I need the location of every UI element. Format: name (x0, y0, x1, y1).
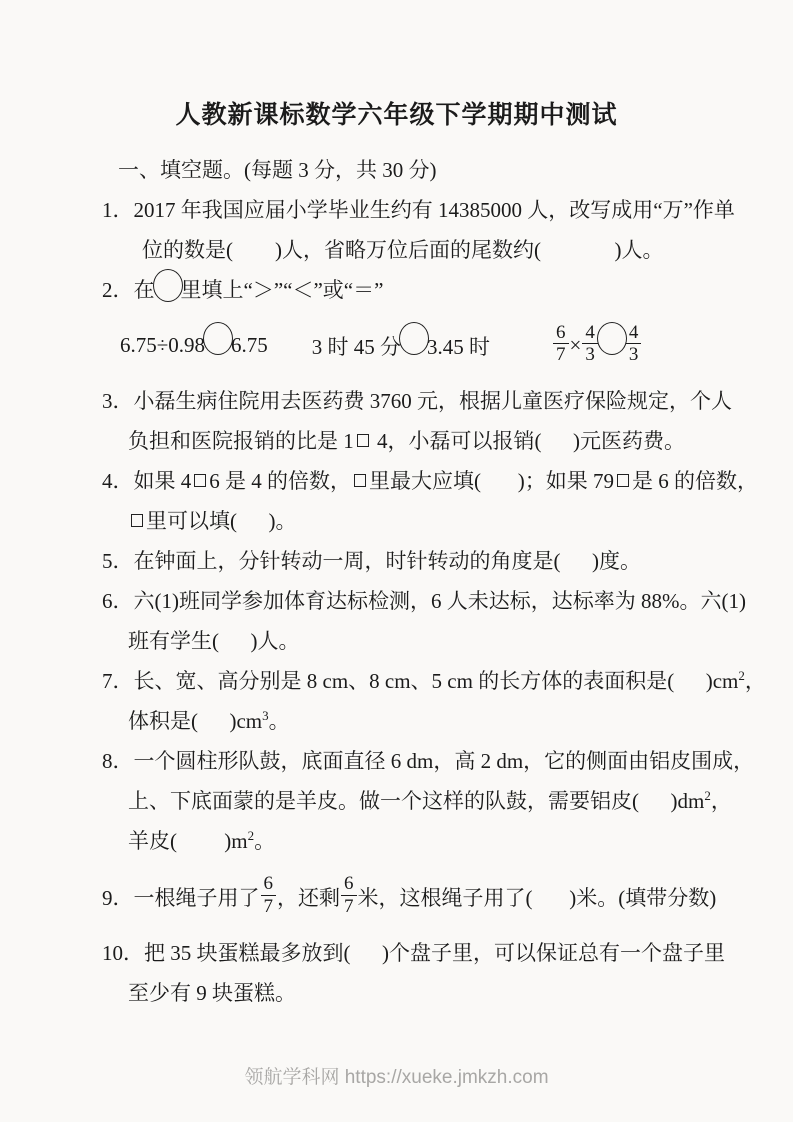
text-segment: 6.75 (231, 333, 268, 358)
section-heading: 一、填空题。(每题 3 分，共 30 分) (118, 150, 793, 190)
question-number: 4． (102, 461, 134, 501)
text-segment: 羊皮( )m (128, 829, 248, 853)
question-line: 4．如果 46 是 4 的倍数，里最大应填( )；如果 79是 6 的倍数， (102, 461, 793, 501)
question-number: 9． (102, 882, 134, 912)
question-continuation-line: 里可以填( )。 (128, 501, 793, 541)
watermark-footer: 领航学科网 https://xueke.jmkzh.com (0, 1062, 793, 1089)
fraction-numerator: 4 (582, 322, 598, 344)
question-continuation-line: 班有学生( )人。 (128, 621, 793, 661)
question-line: 6．六(1)班同学参加体育达标检测，6 人未达标，达标率为 88%。六(1) (102, 581, 793, 621)
fraction-denominator: 7 (261, 896, 277, 917)
text-segment: 班有学生( )人。 (128, 629, 300, 653)
text-segment: 里最大应填( )；如果 79 (369, 469, 614, 493)
text-segment: 小磊生病住院用去医药费 3760 元，根据儿童医疗保险规定，个人 (134, 389, 733, 413)
test-paper-page: 人教新课标数学六年级下学期期中测试 一、填空题。(每题 3 分，共 30 分) … (0, 0, 793, 1122)
fraction: 67 (553, 322, 569, 366)
text-segment: 3.45 时 (427, 331, 490, 361)
text-segment: 一个圆柱形队鼓，底面直径 6 dm，高 2 dm，它的侧面由铝皮围成， (134, 749, 755, 773)
text-segment: 6.75÷0.98 (120, 333, 205, 358)
question-number: 5． (102, 541, 134, 581)
text-segment: 六(1)班同学参加体育达标检测，6 人未达标，达标率为 88%。六(1) (134, 589, 746, 613)
fraction: 43 (626, 322, 642, 366)
question-number: 6． (102, 581, 134, 621)
comparison-circle (399, 322, 429, 355)
text-segment: 在钟面上，分针转动一周，时针转动的角度是( )度。 (134, 549, 641, 573)
question-line: 9．一根绳子用了67，还剩67米，这根绳子用了( )米。(填带分数) (102, 861, 793, 933)
fraction-denominator: 3 (582, 344, 598, 365)
question-continuation-line: 上、下底面蒙的是羊皮。做一个这样的队鼓，需要铝皮( )dm2， (128, 781, 793, 821)
text-segment: 是 6 的倍数， (632, 469, 758, 493)
comparison-circle (153, 269, 183, 302)
fraction-numerator: 6 (341, 873, 357, 895)
text-segment: ， (711, 789, 732, 813)
question-line: 5．在钟面上，分针转动一周，时针转动的角度是( )度。 (102, 541, 793, 581)
text-segment: 3 时 45 分 (312, 331, 401, 361)
text-segment: 。 (254, 829, 275, 853)
fraction: 43 (582, 322, 598, 366)
text-segment: 至少有 9 块蛋糕。 (128, 981, 296, 1005)
page-title: 人教新课标数学六年级下学期期中测试 (0, 0, 793, 133)
question-line: 2．在里填上“＞”“＜”或“＝” (102, 270, 793, 310)
text-segment: 米，这根绳子用了( )米。(填带分数) (358, 882, 717, 912)
text-segment: 在 (134, 278, 155, 302)
text-segment: 。 (269, 709, 290, 733)
blank-box (131, 514, 143, 527)
questions: 1．2017 年我国应届小学毕业生约有 14385000 人，改写成用“万”作单… (0, 190, 793, 1013)
fraction-numerator: 6 (553, 322, 569, 344)
blank-box (194, 474, 206, 487)
text-segment: 负担和医院报销的比是 1 (128, 429, 354, 453)
fraction: 67 (341, 873, 357, 917)
text-segment: 如果 4 (134, 469, 192, 493)
question-continuation-line: 羊皮( )m2。 (128, 821, 793, 861)
question-number: 8． (102, 741, 134, 781)
text-segment: 4，小磊可以报销( )元医药费。 (372, 429, 685, 453)
text-segment: 里填上“＞”“＜”或“＝” (181, 278, 384, 302)
text-segment: 6 是 4 的倍数， (209, 469, 351, 493)
question-continuation-line: 至少有 9 块蛋糕。 (128, 973, 793, 1013)
fraction-denominator: 7 (553, 344, 569, 365)
text-segment: 2017 年我国应届小学毕业生约有 14385000 人，改写成用“万”作单 (134, 198, 735, 222)
question-line: 3．小磊生病住院用去医药费 3760 元，根据儿童医疗保险规定，个人 (102, 381, 793, 421)
comparison-circle (597, 322, 627, 355)
question-line: 1．2017 年我国应届小学毕业生约有 14385000 人，改写成用“万”作单 (102, 190, 793, 230)
fraction-numerator: 4 (626, 322, 642, 344)
question-continuation-line: 体积是( )cm3。 (128, 701, 793, 741)
text-segment: 里可以填( )。 (146, 509, 297, 533)
text-segment: 长、宽、高分别是 8 cm、8 cm、5 cm 的长方体的表面积是( )cm (134, 669, 739, 693)
question-number: 2． (102, 270, 134, 310)
question-number: 7． (102, 661, 134, 701)
fraction-numerator: 6 (261, 873, 277, 895)
fraction: 67 (261, 873, 277, 917)
text-segment: 位的数是( )人，省略万位后面的尾数约( )人。 (142, 238, 663, 262)
question-continuation-line: 位的数是( )人，省略万位后面的尾数约( )人。 (142, 230, 793, 270)
question-line: 10．把 35 块蛋糕最多放到( )个盘子里，可以保证总有一个盘子里 (102, 933, 793, 973)
fraction-denominator: 3 (626, 344, 642, 365)
blank-box (354, 474, 366, 487)
question-number: 10． (102, 933, 144, 973)
text-segment: 上、下底面蒙的是羊皮。做一个这样的队鼓，需要铝皮( )dm (128, 789, 704, 813)
question-number: 3． (102, 381, 134, 421)
blank-box (357, 434, 369, 447)
text-segment: × (570, 333, 582, 358)
question-number: 1． (102, 190, 134, 230)
question-line: 8．一个圆柱形队鼓，底面直径 6 dm，高 2 dm，它的侧面由铝皮围成， (102, 741, 793, 781)
question-continuation-line: 负担和医院报销的比是 1 4，小磊可以报销( )元医药费。 (128, 421, 793, 461)
text-segment: ， (745, 669, 766, 693)
text-segment: ，还剩 (277, 882, 340, 912)
comparison-circle (203, 322, 233, 355)
text-segment: 一根绳子用了 (134, 882, 260, 912)
question-line: 7．长、宽、高分别是 8 cm、8 cm、5 cm 的长方体的表面积是( )cm… (102, 661, 793, 701)
comparison-row: 6.75÷0.986.753 时 45 分3.45 时67×4343 (120, 310, 793, 381)
text-segment: 把 35 块蛋糕最多放到( )个盘子里，可以保证总有一个盘子里 (144, 941, 725, 965)
text-segment: 体积是( )cm (128, 709, 262, 733)
blank-box (617, 474, 629, 487)
fraction-denominator: 7 (341, 896, 357, 917)
